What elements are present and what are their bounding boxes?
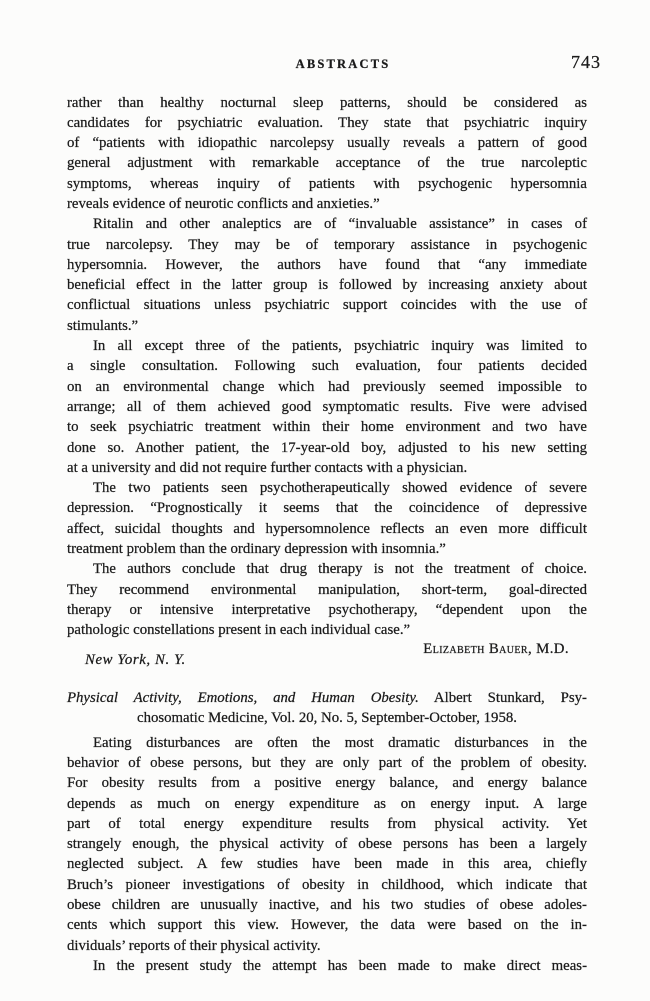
paragraph: rather than healthy nocturnal sleep patt… <box>67 93 587 215</box>
text-line: treatment problem than the ordinary depr… <box>67 539 587 559</box>
text-line: stimulants.” <box>67 316 587 336</box>
text-line: For obesity results from a positive ener… <box>67 773 587 793</box>
text-line: Ritalin and other analeptics are of “inv… <box>67 214 587 234</box>
text-line: true narcolepsy. They may be of temporar… <box>67 235 587 255</box>
paragraph: The two patients seen psychotherapeutica… <box>67 478 587 559</box>
text-line: dividuals’ reports of their physical act… <box>67 936 587 956</box>
text-line: at a university and did not require furt… <box>67 458 587 478</box>
paragraph: Ritalin and other analeptics are of “inv… <box>67 214 587 336</box>
paragraph: Eating disturbances are often the most d… <box>67 733 587 956</box>
text-line: depression. “Prognostically it seems tha… <box>67 498 587 518</box>
text-line: depends as much on energy expenditure as… <box>67 794 587 814</box>
abstract-obesity-section: Physical Activity, Emotions, and Human O… <box>67 688 587 976</box>
text-line: general adjustment with remarkable accep… <box>67 153 587 173</box>
text-line: therapy or intensive interpretative psyc… <box>67 600 587 620</box>
text-line: done so. Another patient, the 17-year-ol… <box>67 438 587 458</box>
text-line: to seek psychiatric treatment within the… <box>67 417 587 437</box>
paragraph: The authors conclude that drug therapy i… <box>67 559 587 640</box>
text-line: pathologic constellations present in eac… <box>67 620 587 640</box>
abstract-narcolepsy-section: rather than healthy nocturnal sleep patt… <box>67 93 587 671</box>
text-line: Eating disturbances are often the most d… <box>67 733 587 753</box>
text-line: The two patients seen psychotherapeutica… <box>67 478 587 498</box>
abstract-obesity-paragraphs: Eating disturbances are often the most d… <box>67 733 587 977</box>
text-line: behavior of obese persons, but they are … <box>67 753 587 773</box>
text-line: obese children are unusually inactive, a… <box>67 895 587 915</box>
abstract-citation-start: Albert Stunkard, Psy- <box>434 690 587 706</box>
text-line: a single consultation. Following such ev… <box>67 356 587 376</box>
text-line: part of total energy expenditure results… <box>67 814 587 834</box>
abstract-heading: Physical Activity, Emotions, and Human O… <box>67 688 587 729</box>
scanned-journal-page: ABSTRACTS 743 rather than healthy noctur… <box>0 0 650 1001</box>
text-line: symptoms, whereas inquiry of patients wi… <box>67 174 587 194</box>
text-line: rather than healthy nocturnal sleep patt… <box>67 93 587 113</box>
text-line: The authors conclude that drug therapy i… <box>67 559 587 579</box>
text-line: conflictual situations unless psychiatri… <box>67 295 587 315</box>
text-line: In the present study the attempt has bee… <box>67 956 587 976</box>
text-line: Bruch’s pioneer investigations of obesit… <box>67 875 587 895</box>
text-line: They recommend environmental manipulatio… <box>67 580 587 600</box>
text-line: candidates for psychiatric evaluation. T… <box>67 113 587 133</box>
paragraph: In all except three of the patients, psy… <box>67 336 587 478</box>
text-line: of “patients with idiopathic narcolepsy … <box>67 133 587 153</box>
page-body: rather than healthy nocturnal sleep patt… <box>67 93 587 977</box>
abstract-narcolepsy-paragraphs: rather than healthy nocturnal sleep patt… <box>67 93 587 641</box>
abstract-heading-line2: chosomatic Medicine, Vol. 20, No. 5, Sep… <box>67 708 587 728</box>
page-header: ABSTRACTS 743 <box>67 55 587 77</box>
text-line: affect, suicidal thoughts and hypersomno… <box>67 519 587 539</box>
text-line: strangely enough, the physical activity … <box>67 834 587 854</box>
abstract-heading-line1: Physical Activity, Emotions, and Human O… <box>67 688 587 708</box>
text-line: reveals evidence of neurotic conflicts a… <box>67 194 587 214</box>
text-line: beneficial effect in the latter group is… <box>67 275 587 295</box>
text-line: cents which support this view. However, … <box>67 915 587 935</box>
abstract-title: Physical Activity, Emotions, and Human O… <box>67 690 419 706</box>
text-line: hypersomnia. However, the authors have f… <box>67 255 587 275</box>
running-title: ABSTRACTS <box>296 57 391 72</box>
text-line: arrange; all of them achieved good sympt… <box>67 397 587 417</box>
paragraph: In the present study the attempt has bee… <box>67 956 587 976</box>
text-line: In all except three of the patients, psy… <box>67 336 587 356</box>
text-line: neglected subject. A few studies have be… <box>67 854 587 874</box>
text-line: on an environmental change which had pre… <box>67 377 587 397</box>
page-number: 743 <box>571 52 601 73</box>
